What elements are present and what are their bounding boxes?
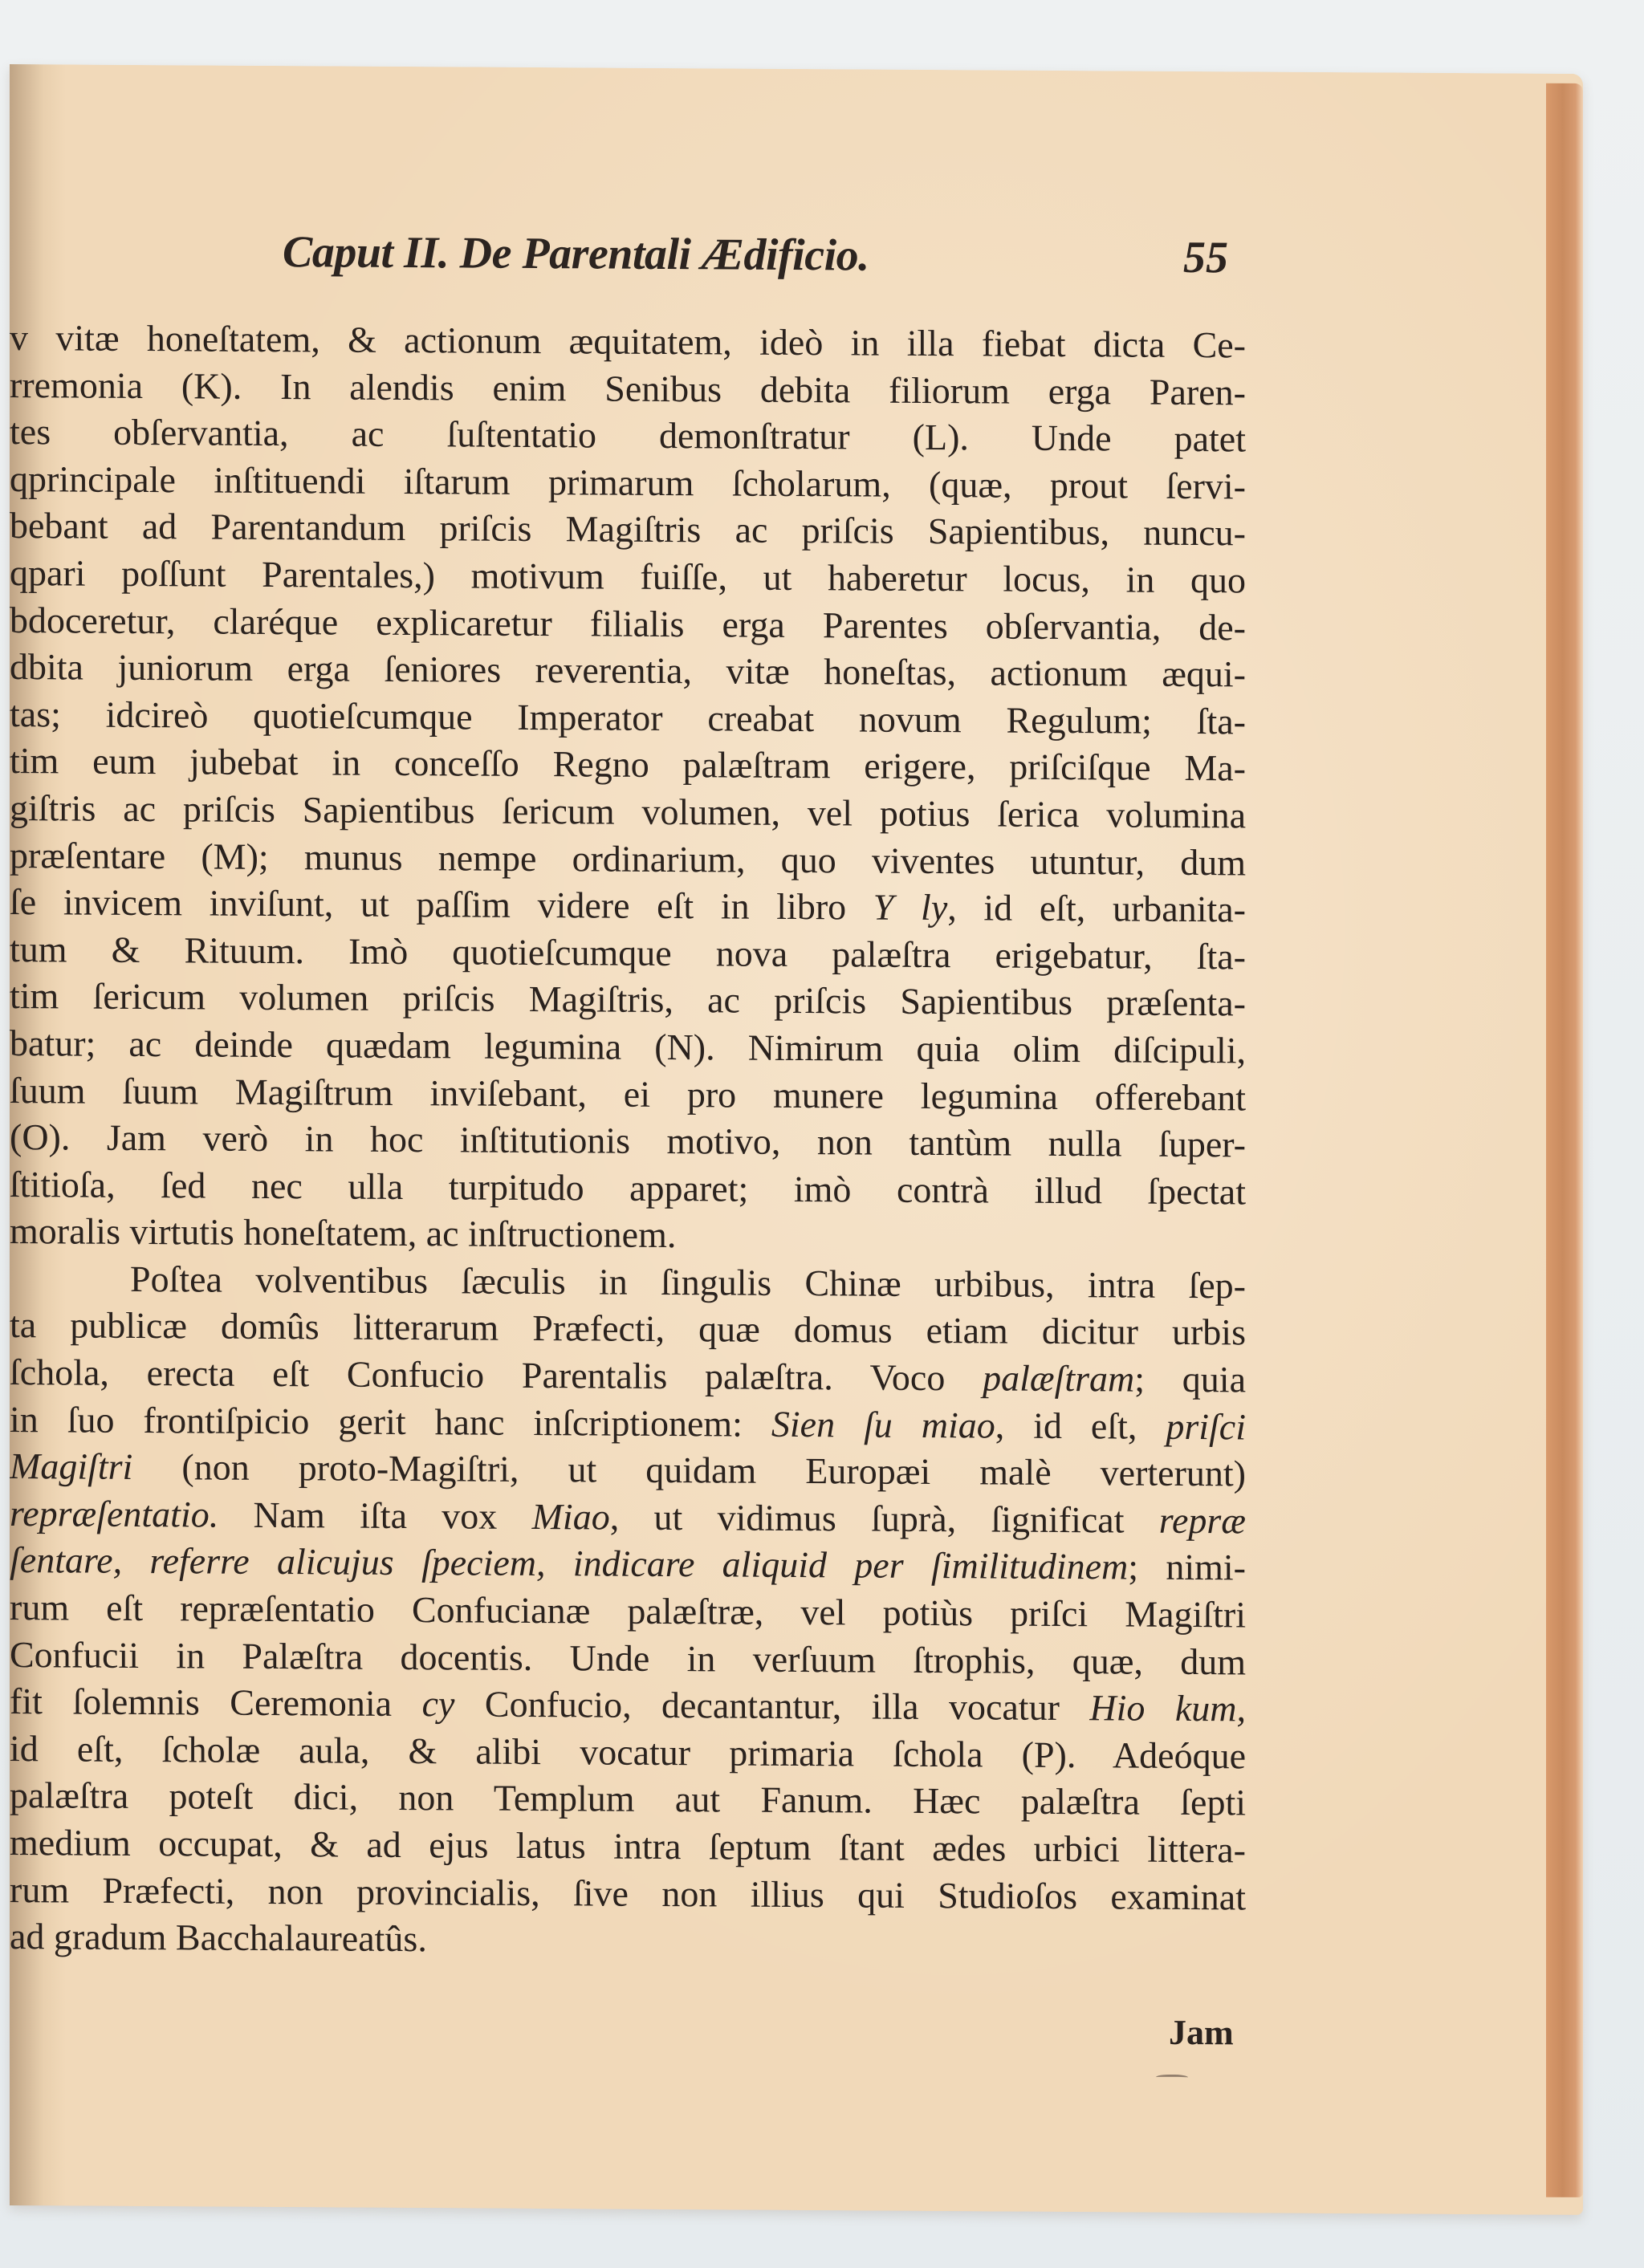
text-line: tas; idcireò quotieſcumque Imperator cre… [10, 691, 1246, 746]
page-fore-edge [1546, 83, 1583, 2197]
text-line: tim eum jubebat in conceſſo Regno palæſt… [10, 738, 1246, 792]
text-line: ſtitioſa, ſed nec ulla turpitudo apparet… [10, 1161, 1246, 1216]
text-line: rremonia (K). In alendis enim Senibus de… [10, 362, 1246, 417]
text-line: rum Præfecti, non provincialis, ſive non… [10, 1867, 1246, 1921]
text-line: moralis virtutis honeſtatem, ac inſtruct… [10, 1208, 1246, 1262]
text-line: repræſentatio. Nam iſta vox Miao, ut vid… [10, 1490, 1246, 1545]
text-line: medium occupat, & ad ejus latus intra ſe… [10, 1819, 1246, 1874]
text-line: præſentare (M); munus nempe ordinarium, … [10, 832, 1246, 887]
book-page: Caput II. De Parentali Ædificio. 55 v vi… [10, 64, 1583, 2215]
text-line: Magiſtri (non proto-Magiſtri, ut quidam … [10, 1443, 1246, 1498]
text-line: qprincipale inſtituendi iſtarum primarum… [10, 456, 1246, 510]
text-line: id eſt, ſcholæ aula, & alibi vocatur pri… [10, 1725, 1246, 1780]
text-line: tim ſericum volumen priſcis Magiſtris, a… [10, 973, 1246, 1027]
text-line: batur; ac deinde quædam legumina (N). Ni… [10, 1020, 1246, 1075]
catchword: Jam [1169, 2012, 1234, 2053]
text-line: ta publicæ domûs litterarum Præfecti, qu… [10, 1302, 1246, 1356]
text-line: tum & Rituum. Imò quotieſcumque nova pal… [10, 926, 1246, 981]
text-line: in ſuo frontiſpicio gerit hanc inſcripti… [10, 1396, 1246, 1451]
text-line: ſe invicem inviſunt, ut paſſim videre eſ… [10, 879, 1246, 933]
printer-mark [1156, 2075, 1188, 2080]
text-line: ſchola, erecta eſt Confucio Parentalis p… [10, 1349, 1246, 1404]
text-line: qpari poſſunt Parentales,) motivum fuiſſ… [10, 550, 1246, 604]
body-text: v vitæ honeſtatem, & actionum æquitatem,… [10, 315, 1246, 1968]
text-line: v vitæ honeſtatem, & actionum æquitatem,… [10, 315, 1246, 369]
text-line: rum eſt repræſentatio Confucianæ palæſtr… [10, 1584, 1246, 1639]
running-head: Caput II. De Parentali Ædificio. 55 [10, 225, 1262, 289]
text-line: Poſtea volventibus ſæculis in ſingulis C… [10, 1255, 1246, 1310]
text-line: bdoceretur, claréque explicaretur filial… [10, 597, 1246, 652]
chapter-title: Caput II. De Parentali Ædificio. [283, 226, 869, 281]
text-line: (O). Jam verò in hoc inſtitutionis motiv… [10, 1114, 1246, 1169]
text-line: giſtris ac priſcis Sapientibus ſericum v… [10, 785, 1246, 839]
text-line: dbita juniorum erga ſeniores reverentia,… [10, 644, 1246, 698]
text-line: Confucii in Palæſtra docentis. Unde in v… [10, 1632, 1246, 1686]
text-line: tes obſervantia, ac ſuſtentatio demonſtr… [10, 408, 1246, 463]
page-number: 55 [1183, 232, 1228, 283]
text-line: ſuum ſuum Magiſtrum inviſebant, ei pro m… [10, 1067, 1246, 1122]
text-line: ſentare, referre alicujus ſpeciem, indic… [10, 1537, 1246, 1591]
text-line: fit ſolemnis Ceremonia cy Confucio, deca… [10, 1678, 1246, 1733]
text-line: ad gradum Bacchalaureatûs. [10, 1913, 1246, 1968]
text-line: bebant ad Parentandum priſcis Magiſtris … [10, 502, 1246, 557]
text-line: palæſtra poteſt dici, non Templum aut Fa… [10, 1772, 1246, 1827]
